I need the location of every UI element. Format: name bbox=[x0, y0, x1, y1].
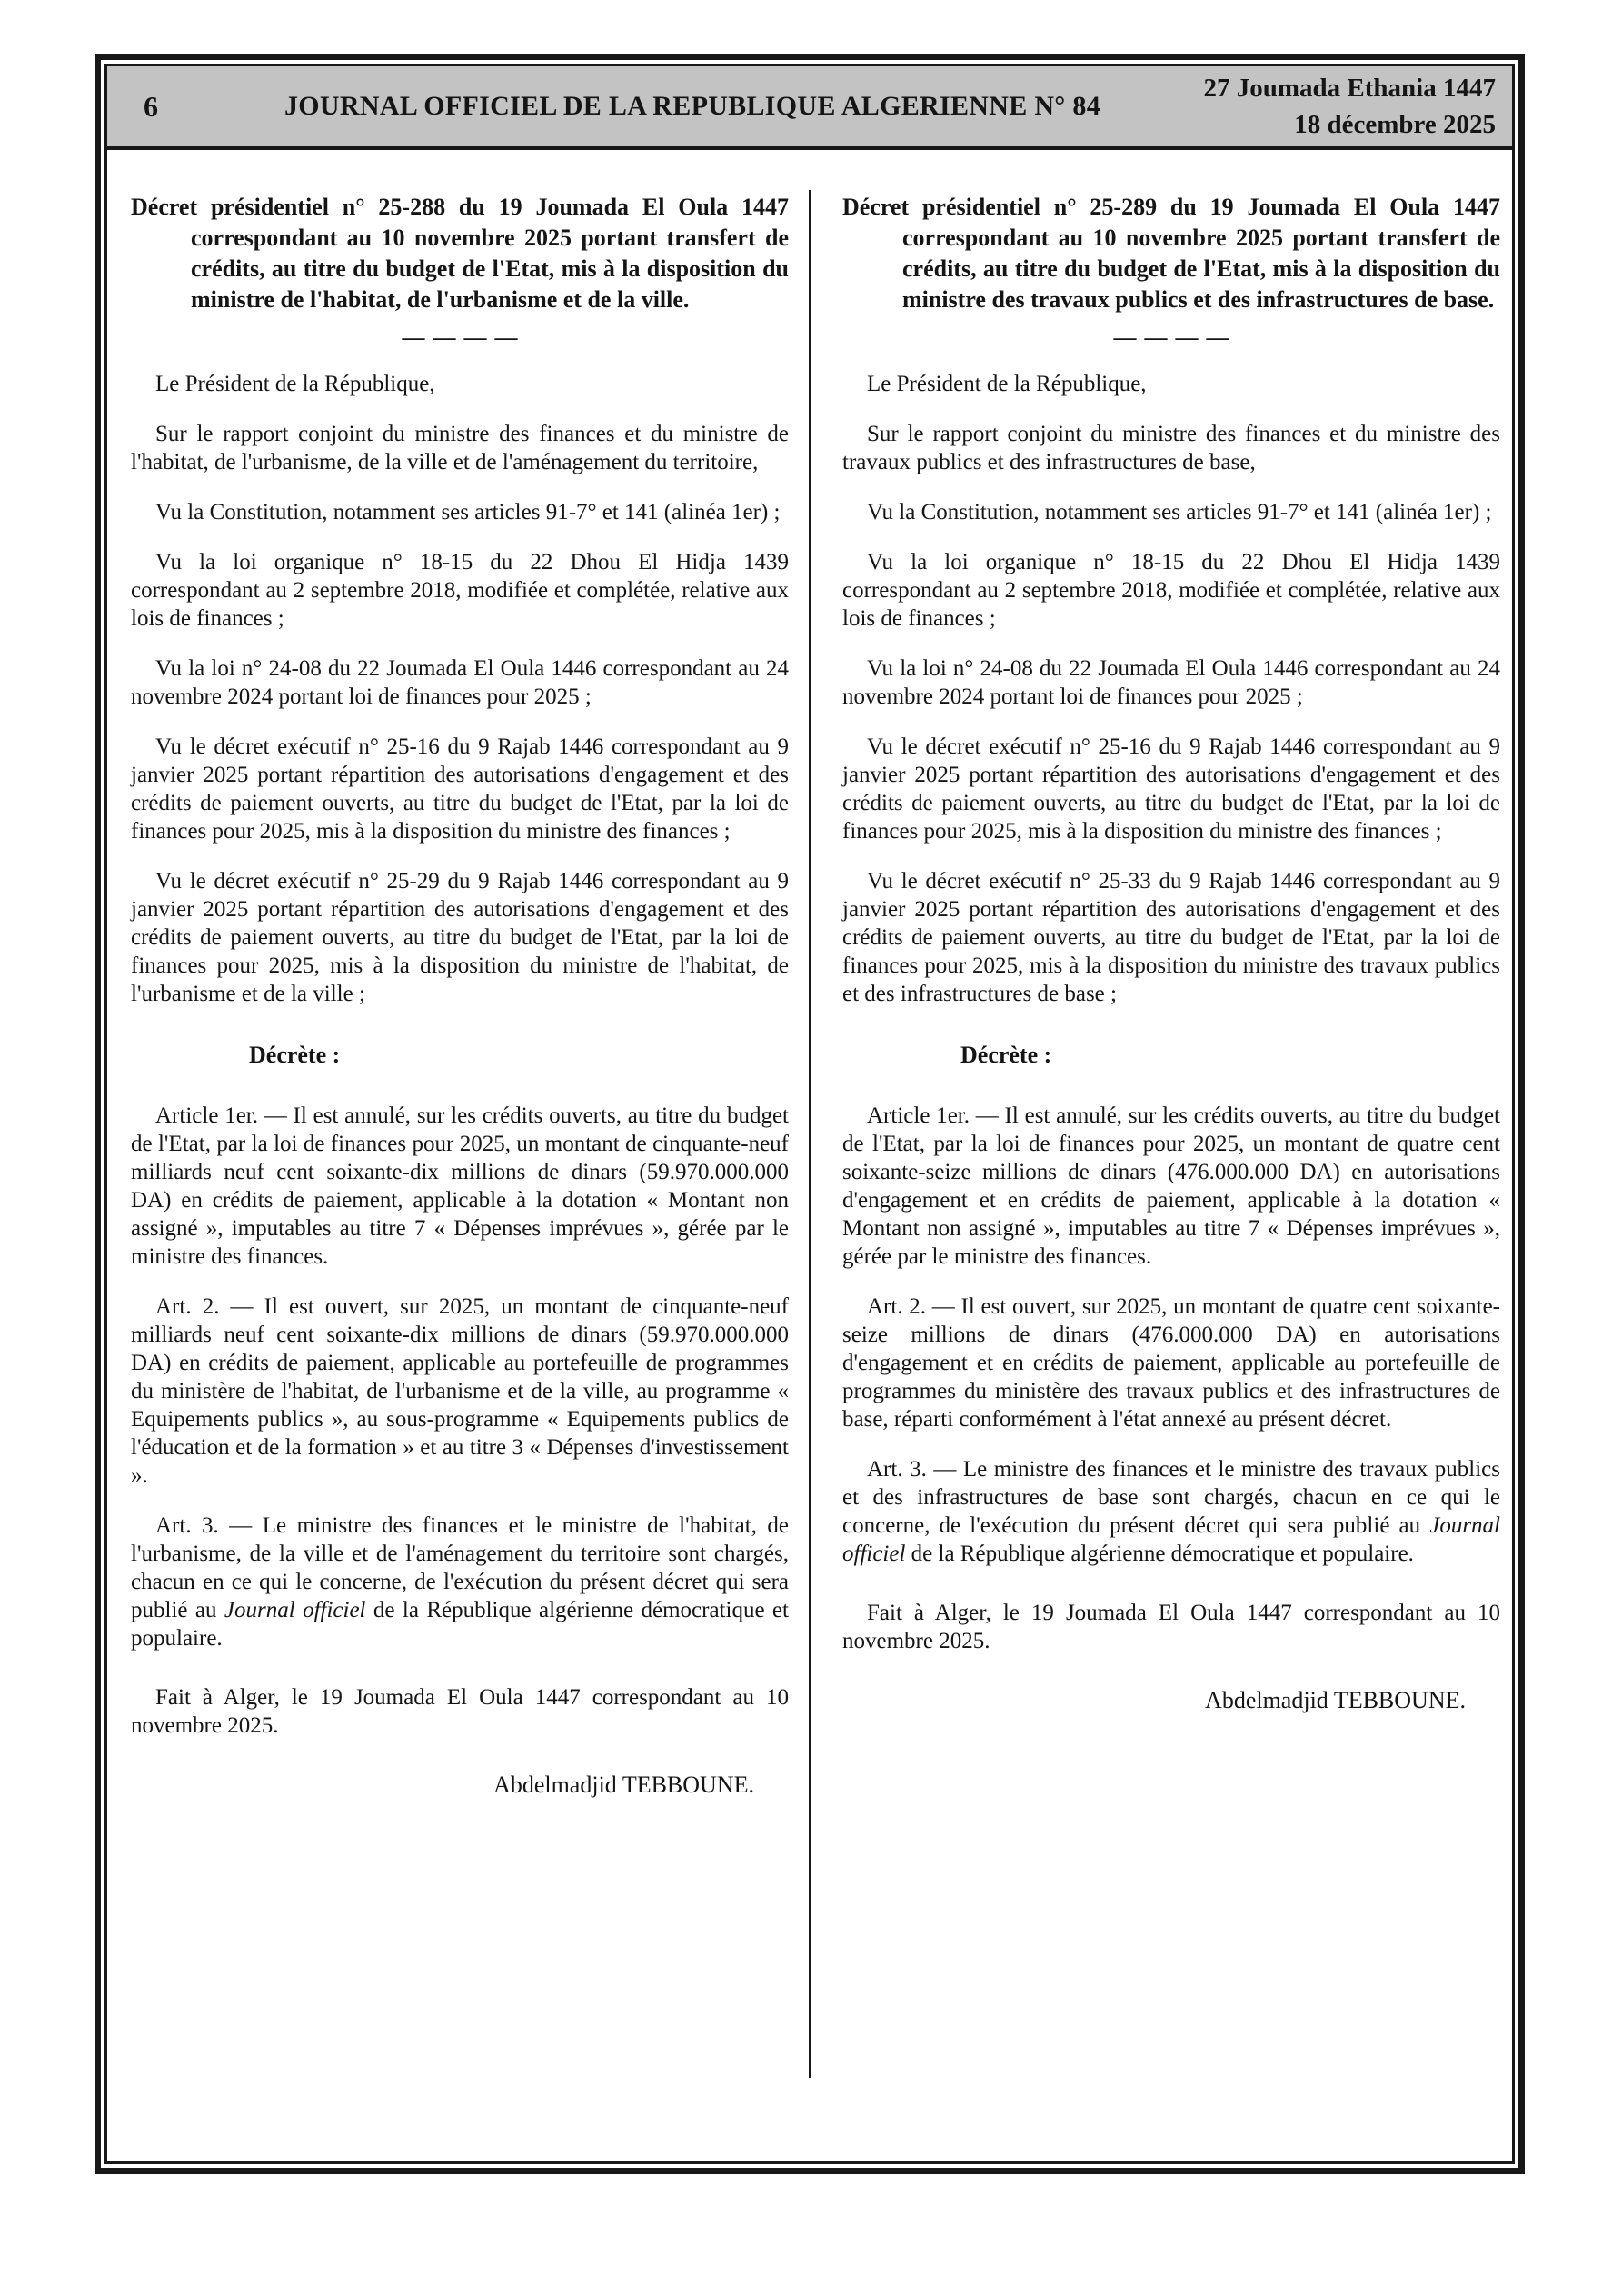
issue-dates: 27 Joumada Ethania 1447 18 décembre 2025 bbox=[1178, 70, 1496, 143]
column-divider bbox=[809, 190, 811, 2078]
signed-at: Fait à Alger, le 19 Joumada El Oula 1447… bbox=[842, 1599, 1500, 1655]
paragraph-president: Le Président de la République, bbox=[131, 370, 789, 398]
paragraph-president: Le Président de la République, bbox=[842, 370, 1500, 398]
article-3: Art. 3. — Le ministre des finances et le… bbox=[131, 1512, 789, 1652]
page-border-inner: 6 JOURNAL OFFICIEL DE LA REPUBLIQUE ALGE… bbox=[104, 64, 1515, 2164]
decree-heading: Décrète : bbox=[249, 1041, 789, 1069]
signature: Abdelmadjid TEBBOUNE. bbox=[842, 1686, 1500, 1715]
paragraph-rapport: Sur le rapport conjoint du ministre des … bbox=[131, 420, 789, 476]
signature: Abdelmadjid TEBBOUNE. bbox=[131, 1771, 789, 1800]
decree-title: Décret présidentiel n° 25-289 du 19 Joum… bbox=[842, 192, 1500, 315]
section-separator: ———— bbox=[842, 324, 1500, 352]
paragraph-rapport: Sur le rapport conjoint du ministre des … bbox=[842, 420, 1500, 476]
article-3-text: Art. 3. — Le ministre des finances et le… bbox=[842, 1457, 1500, 1538]
paragraph-vu-constitution: Vu la Constitution, notamment ses articl… bbox=[131, 498, 789, 526]
paragraph-vu-loi-organique: Vu la loi organique n° 18-15 du 22 Dhou … bbox=[842, 548, 1500, 633]
journal-masthead: 6 JOURNAL OFFICIEL DE LA REPUBLIQUE ALGE… bbox=[107, 66, 1512, 150]
article-3-text-end: de la République algérienne démocratique… bbox=[905, 1542, 1414, 1566]
decree-heading: Décrète : bbox=[960, 1041, 1500, 1069]
column-decree-25-288: Décret présidentiel n° 25-288 du 19 Joum… bbox=[131, 150, 789, 1800]
paragraph-vu-decret-25-16: Vu le décret exécutif n° 25-16 du 9 Raja… bbox=[131, 733, 789, 845]
paragraph-vu-decret-25-29: Vu le décret exécutif n° 25-29 du 9 Raja… bbox=[131, 867, 789, 1008]
section-separator: ———— bbox=[131, 324, 789, 352]
article-1: Article 1er. — Il est annulé, sur les cr… bbox=[842, 1102, 1500, 1271]
page-number: 6 bbox=[144, 90, 207, 124]
article-2: Art. 2. — Il est ouvert, sur 2025, un mo… bbox=[842, 1293, 1500, 1433]
article-3: Art. 3. — Le ministre des finances et le… bbox=[842, 1455, 1500, 1568]
page-border-outer: 6 JOURNAL OFFICIEL DE LA REPUBLIQUE ALGE… bbox=[95, 54, 1525, 2174]
date-hijri: 27 Joumada Ethania 1447 bbox=[1204, 74, 1496, 103]
page-content: Décret présidentiel n° 25-288 du 19 Joum… bbox=[107, 150, 1512, 2161]
article-2: Art. 2. — Il est ouvert, sur 2025, un mo… bbox=[131, 1293, 789, 1490]
paragraph-vu-loi-24-08: Vu la loi n° 24-08 du 22 Joumada El Oula… bbox=[842, 654, 1500, 711]
paragraph-vu-loi-24-08: Vu la loi n° 24-08 du 22 Joumada El Oula… bbox=[131, 654, 789, 711]
journal-officiel-italic: Journal officiel bbox=[224, 1598, 366, 1622]
column-decree-25-289: Décret présidentiel n° 25-289 du 19 Joum… bbox=[842, 150, 1500, 1715]
paragraph-vu-constitution: Vu la Constitution, notamment ses articl… bbox=[842, 498, 1500, 526]
paragraph-vu-decret-25-33: Vu le décret exécutif n° 25-33 du 9 Raja… bbox=[842, 867, 1500, 1008]
paragraph-vu-loi-organique: Vu la loi organique n° 18-15 du 22 Dhou … bbox=[131, 548, 789, 633]
decree-title: Décret présidentiel n° 25-288 du 19 Joum… bbox=[131, 192, 789, 315]
signed-at: Fait à Alger, le 19 Joumada El Oula 1447… bbox=[131, 1683, 789, 1740]
paragraph-vu-decret-25-16: Vu le décret exécutif n° 25-16 du 9 Raja… bbox=[842, 733, 1500, 845]
journal-title: JOURNAL OFFICIEL DE LA REPUBLIQUE ALGERI… bbox=[207, 91, 1178, 122]
article-1: Article 1er. — Il est annulé, sur les cr… bbox=[131, 1102, 789, 1271]
date-gregorian: 18 décembre 2025 bbox=[1294, 110, 1496, 139]
